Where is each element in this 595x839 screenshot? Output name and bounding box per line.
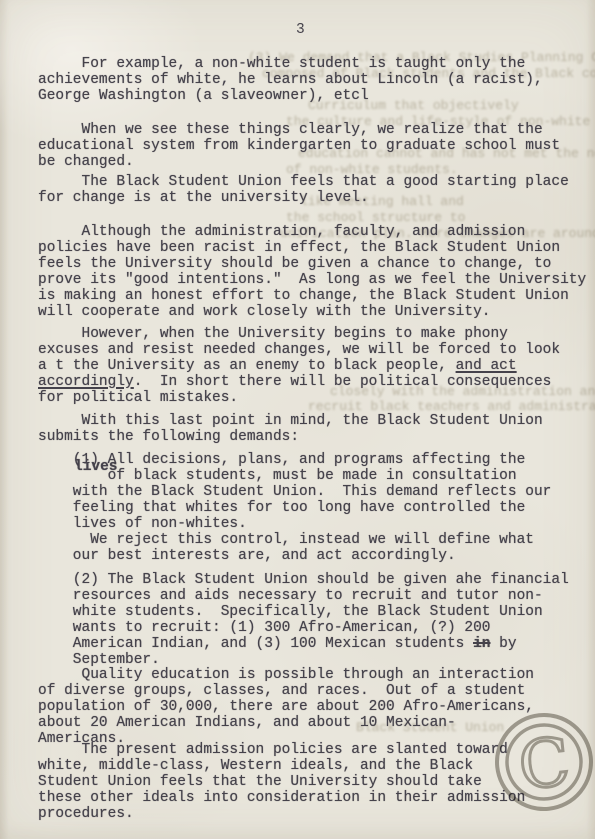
text-line: achievements of white, he learns about L… bbox=[38, 72, 591, 88]
text-line: submits the following demands: bbox=[38, 429, 591, 445]
paragraph: When we see these things clearly, we rea… bbox=[38, 122, 591, 170]
text-segment: . In short there will be political conse… bbox=[134, 374, 552, 390]
copyright-stamp-icon: C bbox=[476, 694, 595, 830]
text-line: accordingly. In short there will be poli… bbox=[38, 374, 591, 390]
text-segment: with the Black Student Union. This deman… bbox=[38, 484, 551, 500]
text-segment: lives of non-whites. bbox=[38, 516, 247, 532]
text-segment: Quality education is possible through an… bbox=[38, 667, 534, 683]
text-segment: When we see these things clearly, we rea… bbox=[38, 122, 543, 138]
overtyped-word: lives bbox=[74, 459, 118, 475]
text-segment: The Black Student Union feels that a goo… bbox=[38, 174, 569, 190]
text-line: However, when the University begins to m… bbox=[38, 326, 591, 342]
struck-text: in bbox=[473, 636, 490, 652]
text-segment: Student Union feels that the University … bbox=[38, 774, 482, 790]
copyright-letter: C bbox=[515, 723, 573, 805]
text-segment: about 20 American Indians, and about 10 … bbox=[38, 715, 456, 731]
text-line: feeling that whites for too long have co… bbox=[38, 500, 591, 516]
text-segment: is making an honest effort to change, th… bbox=[38, 288, 569, 304]
text-segment: The present admission policies are slant… bbox=[38, 742, 508, 758]
text-line: with the Black Student Union. This deman… bbox=[38, 484, 591, 500]
text-segment: wants to recruit: (1) 300 Afro-American,… bbox=[38, 620, 490, 636]
text-segment: American Indian, and (3) 100 Mexican stu… bbox=[38, 636, 473, 652]
text-line: for political mistakes. bbox=[38, 390, 591, 406]
paragraph: However, when the University begins to m… bbox=[38, 326, 591, 406]
text-line: of diverse groups, classes, and races. O… bbox=[38, 683, 591, 699]
text-segment: However, when the University begins to m… bbox=[38, 326, 508, 342]
text-segment: With this last point in mind, the Black … bbox=[38, 413, 543, 429]
text-segment: feels the University should be given a c… bbox=[38, 256, 551, 272]
text-segment: For example, a non-white student is taug… bbox=[38, 56, 525, 72]
text-line: George Washington (a slaveowner), etcl bbox=[38, 88, 591, 104]
text-segment: resources and aids necessary to recruit … bbox=[38, 588, 543, 604]
text-segment: population of 30,000, there are about 20… bbox=[38, 699, 534, 715]
text-segment: Although the administration, faculty, an… bbox=[38, 224, 525, 240]
text-line: (2) The Black Student Union should be gi… bbox=[38, 572, 591, 588]
text-line: For example, a non-white student is taug… bbox=[38, 56, 591, 72]
text-line: of black students, must be made in consu… bbox=[38, 468, 591, 484]
text-line: American Indian, and (3) 100 Mexican stu… bbox=[38, 636, 591, 652]
text-line: The Black Student Union feels that a goo… bbox=[38, 174, 591, 190]
text-segment: policies have been racist in effect, the… bbox=[38, 240, 560, 256]
text-line: be changed. bbox=[38, 154, 591, 170]
text-segment: be changed. bbox=[38, 154, 134, 170]
text-line: for change is at the university level. bbox=[38, 190, 591, 206]
text-segment: prove its "good intentions." As long as … bbox=[38, 272, 586, 288]
text-line: (1) All decisions, plans, and programs a… bbox=[38, 452, 591, 468]
text-line: educational system from kindergarten to … bbox=[38, 138, 591, 154]
text-segment: of diverse groups, classes, and races. O… bbox=[38, 683, 525, 699]
text-line: September. bbox=[38, 652, 591, 668]
text-segment: procedures. bbox=[38, 806, 134, 822]
text-segment: by bbox=[490, 636, 516, 652]
text-line: a t the University as an enemy to black … bbox=[38, 358, 591, 374]
paragraph: For example, a non-white student is taug… bbox=[38, 56, 591, 104]
text-line: Quality education is possible through an… bbox=[38, 667, 591, 683]
text-segment: submits the following demands: bbox=[38, 429, 299, 445]
text-segment: We reject this control, instead we will … bbox=[38, 532, 534, 548]
text-segment: (2) The Black Student Union should be gi… bbox=[38, 572, 569, 588]
underlined-text: accordingly bbox=[38, 374, 134, 390]
text-line: When we see these things clearly, we rea… bbox=[38, 122, 591, 138]
text-segment: white students. Specifically, the Black … bbox=[38, 604, 543, 620]
text-segment: George Washington (a slaveowner), etcl bbox=[38, 88, 369, 104]
text-segment: our best interests are, and act accordin… bbox=[38, 548, 456, 564]
text-line: resources and aids necessary to recruit … bbox=[38, 588, 591, 604]
text-line: We reject this control, instead we will … bbox=[38, 532, 591, 548]
text-segment: feeling that whites for too long have co… bbox=[38, 500, 525, 516]
text-line: With this last point in mind, the Black … bbox=[38, 413, 591, 429]
text-line: Although the administration, faculty, an… bbox=[38, 224, 591, 240]
text-line: our best interests are, and act accordin… bbox=[38, 548, 591, 564]
bleedthrough-line: the school structure to bbox=[286, 210, 465, 225]
text-segment: achievements of white, he learns about L… bbox=[38, 72, 543, 88]
text-line: white students. Specifically, the Black … bbox=[38, 604, 591, 620]
paragraph: Although the administration, faculty, an… bbox=[38, 224, 591, 320]
paragraph: (1) All decisions, plans, and programs a… bbox=[38, 452, 591, 564]
text-line: prove its "good intentions." As long as … bbox=[38, 272, 591, 288]
text-segment: will cooperate and work closely with the… bbox=[38, 304, 490, 320]
text-line: is making an honest effort to change, th… bbox=[38, 288, 591, 304]
page-number: 3 bbox=[296, 22, 306, 38]
document-page: 3 (3) We demand that a Black Studies Pla… bbox=[0, 0, 595, 839]
text-segment: these other ideals into consideration in… bbox=[38, 790, 525, 806]
paragraph: With this last point in mind, the Black … bbox=[38, 413, 591, 445]
paragraph: (2) The Black Student Union should be gi… bbox=[38, 572, 591, 668]
text-segment: for change is at the university level. bbox=[38, 190, 369, 206]
text-line: will cooperate and work closely with the… bbox=[38, 304, 591, 320]
text-line: lives of non-whites. bbox=[38, 516, 591, 532]
text-line: excuses and resist needed changes, we wi… bbox=[38, 342, 591, 358]
text-segment: white, middle-class, Western ideals, and… bbox=[38, 758, 473, 774]
text-segment: for political mistakes. bbox=[38, 390, 238, 406]
text-segment: September. bbox=[38, 652, 160, 668]
text-segment: a t the University as an enemy to black … bbox=[38, 358, 456, 374]
text-segment: educational system from kindergarten to … bbox=[38, 138, 560, 154]
text-segment: excuses and resist needed changes, we wi… bbox=[38, 342, 560, 358]
text-line: policies have been racist in effect, the… bbox=[38, 240, 591, 256]
paragraph: The Black Student Union feels that a goo… bbox=[38, 174, 591, 206]
text-line: wants to recruit: (1) 300 Afro-American,… bbox=[38, 620, 591, 636]
text-line: feels the University should be given a c… bbox=[38, 256, 591, 272]
underlined-text: and act bbox=[456, 358, 517, 374]
